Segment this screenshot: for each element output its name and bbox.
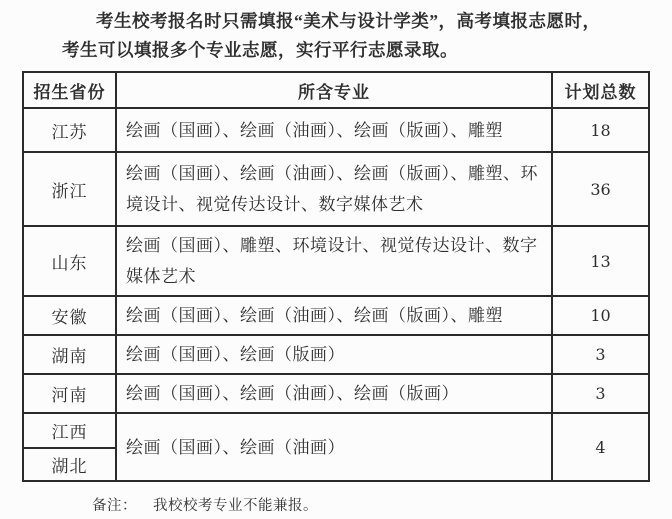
total-cell: 3 bbox=[552, 374, 649, 413]
footnote: 备注：我校校考专业不能兼报。 bbox=[92, 494, 672, 515]
table-header-row: 招生省份 所含专业 计划总数 bbox=[23, 72, 649, 108]
table-row-hunan: 湖南 绘画（国画）、绘画（版画） 3 bbox=[23, 335, 649, 374]
majors-cell: 绘画（国画）、雕塑、环境设计、视觉传达设计、数字媒体艺术 bbox=[116, 226, 552, 296]
majors-cell: 绘画（国画）、绘画（油画）、绘画（版画） bbox=[116, 374, 552, 413]
intro-line-2: 考生可以填报多个专业志愿，实行平行志愿录取。 bbox=[62, 36, 646, 65]
majors-cell: 绘画（国画）、绘画（油画）、绘画（版画）、雕塑、环境设计、视觉传达设计、数字媒体… bbox=[116, 152, 552, 226]
footnote-label: 备注： bbox=[92, 498, 137, 514]
total-cell: 4 bbox=[552, 413, 649, 481]
majors-cell: 绘画（国画）、绘画（版画） bbox=[116, 335, 552, 374]
table-row-anhui: 安徽 绘画（国画）、绘画（油画）、绘画（版画）、雕塑 10 bbox=[23, 296, 649, 335]
header-total: 计划总数 bbox=[552, 72, 649, 108]
province-cell: 山东 bbox=[23, 226, 116, 296]
province-cell: 江苏 bbox=[23, 108, 116, 152]
province-cell: 浙江 bbox=[23, 152, 116, 226]
majors-cell: 绘画（国画）、绘画（油画）、绘画（版画）、雕塑 bbox=[116, 296, 552, 335]
intro-line-1: 考生校考报名时只需填报“美术与设计学类”，高考填报志愿时， bbox=[62, 7, 646, 36]
province-cell: 湖北 bbox=[23, 448, 116, 481]
intro-paragraph: 考生校考报名时只需填报“美术与设计学类”，高考填报志愿时， 考生可以填报多个专业… bbox=[0, 0, 672, 65]
total-cell: 36 bbox=[552, 152, 649, 226]
total-cell: 3 bbox=[552, 335, 649, 374]
admission-plan-table: 招生省份 所含专业 计划总数 江苏 绘画（国画）、绘画（油画）、绘画（版画）、雕… bbox=[22, 71, 650, 482]
province-cell: 河南 bbox=[23, 374, 116, 413]
footnote-text: 我校校考专业不能兼报。 bbox=[153, 498, 318, 514]
total-cell: 13 bbox=[552, 226, 649, 296]
table-row-zhejiang: 浙江 绘画（国画）、绘画（油画）、绘画（版画）、雕塑、环境设计、视觉传达设计、数… bbox=[23, 152, 649, 226]
majors-cell: 绘画（国画）、绘画（油画）、绘画（版画）、雕塑 bbox=[116, 108, 552, 152]
table-row-shandong: 山东 绘画（国画）、雕塑、环境设计、视觉传达设计、数字媒体艺术 13 bbox=[23, 226, 649, 296]
province-cell: 安徽 bbox=[23, 296, 116, 335]
majors-cell: 绘画（国画）、绘画（油画） bbox=[116, 413, 552, 481]
document-page: 考生校考报名时只需填报“美术与设计学类”，高考填报志愿时， 考生可以填报多个专业… bbox=[0, 0, 672, 519]
province-cell: 江西 bbox=[23, 413, 116, 448]
total-cell: 10 bbox=[552, 296, 649, 335]
province-cell: 湖南 bbox=[23, 335, 116, 374]
table-row-jiangsu: 江苏 绘画（国画）、绘画（油画）、绘画（版画）、雕塑 18 bbox=[23, 108, 649, 152]
header-majors: 所含专业 bbox=[116, 72, 552, 108]
table-row-jiangxi: 江西 绘画（国画）、绘画（油画） 4 bbox=[23, 413, 649, 448]
table-row-henan: 河南 绘画（国画）、绘画（油画）、绘画（版画） 3 bbox=[23, 374, 649, 413]
total-cell: 18 bbox=[552, 108, 649, 152]
header-province: 招生省份 bbox=[23, 72, 116, 108]
